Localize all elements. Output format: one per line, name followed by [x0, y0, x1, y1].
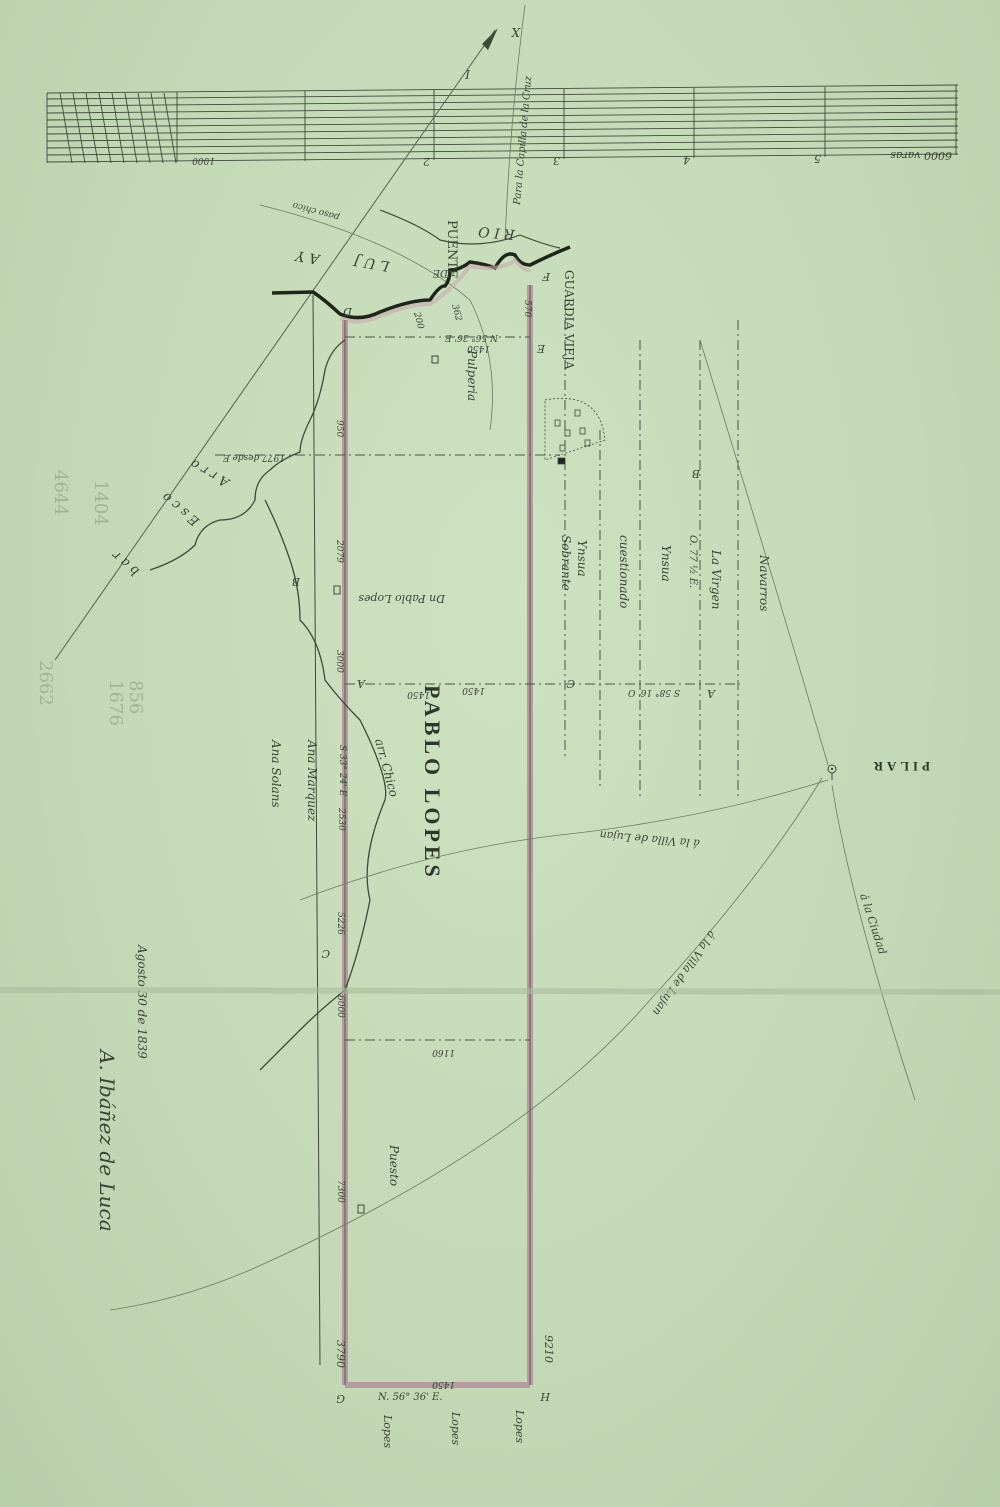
svg-text:La Virgen: La Virgen — [709, 549, 723, 609]
svg-text:1450: 1450 — [467, 343, 490, 353]
svg-text:5226: 5226 — [335, 912, 345, 935]
svg-text:Lopes: Lopes — [449, 1411, 462, 1445]
svg-text:570: 570 — [522, 300, 532, 317]
svg-text:Ynsua: Ynsua — [575, 540, 589, 577]
svg-text:1676: 1676 — [105, 680, 126, 726]
scale-bar: 1000 2 3 4 5 6000 varas — [47, 85, 958, 168]
svg-text:N 56° 36' E: N 56° 36' E — [445, 332, 499, 342]
svg-text:362: 362 — [449, 303, 463, 322]
svg-text:1160: 1160 — [432, 1047, 455, 1057]
svg-text:DE: DE — [432, 267, 449, 278]
svg-text:á la Villa de Lujan: á la Villa de Lujan — [599, 828, 700, 850]
svg-text:N. 56° 36' E.: N. 56° 36' E. — [377, 1392, 443, 1403]
svg-text:950: 950 — [334, 420, 344, 437]
svg-text:1977 desde E: 1977 desde E — [223, 452, 285, 462]
svg-text:paso chico: paso chico — [291, 199, 341, 221]
svg-text:1000: 1000 — [192, 155, 215, 165]
svg-text:X: X — [511, 25, 521, 39]
svg-text:3: 3 — [553, 154, 560, 167]
svg-text:Agosto 30 de 1839: Agosto 30 de 1839 — [135, 944, 149, 1059]
svg-text:Pulperia: Pulperia — [465, 349, 479, 401]
svg-text:O. 77 ½ E.: O. 77 ½ E. — [687, 535, 698, 588]
svg-text:Puesto: Puesto — [387, 1144, 401, 1186]
svg-text:A Y: A Y — [293, 247, 323, 268]
svg-text:C: C — [321, 947, 330, 960]
svg-text:1404: 1404 — [90, 480, 111, 526]
svg-text:R I O: R I O — [477, 223, 516, 242]
svg-text:B: B — [692, 467, 701, 480]
svg-text:S 58° 16' O: S 58° 16' O — [627, 687, 680, 697]
svg-text:cuestionado: cuestionado — [617, 535, 631, 608]
svg-text:b a r: b a r — [109, 547, 143, 579]
svg-text:A: A — [357, 677, 366, 690]
svg-text:I: I — [465, 67, 471, 81]
svg-text:2: 2 — [423, 155, 431, 168]
svg-text:A. Ibáñez de Luca: A. Ibáñez de Luca — [95, 1048, 119, 1232]
svg-text:1450: 1450 — [407, 689, 430, 699]
svg-text:Ana Solans: Ana Solans — [269, 739, 283, 808]
svg-text:H: H — [540, 1390, 551, 1403]
svg-text:Navarros: Navarros — [757, 554, 771, 611]
svg-text:3790: 3790 — [334, 1340, 347, 1368]
svg-text:Lopes: Lopes — [513, 1409, 526, 1443]
svg-text:5: 5 — [814, 152, 821, 165]
svg-text:9210: 9210 — [542, 1335, 555, 1363]
paper-fold — [0, 990, 1000, 992]
svg-text:A: A — [707, 687, 716, 700]
svg-text:200: 200 — [411, 310, 425, 330]
svg-text:7300: 7300 — [335, 1180, 345, 1203]
svg-text:2530: 2530 — [336, 807, 346, 831]
svg-text:Sobrante: Sobrante — [559, 535, 573, 591]
svg-text:3000: 3000 — [334, 650, 344, 673]
svg-text:E: E — [537, 342, 546, 355]
svg-text:B: B — [292, 575, 301, 588]
svg-text:arr. Chico: arr. Chico — [372, 737, 401, 798]
svg-text:4: 4 — [683, 153, 691, 166]
svg-text:E s c o: E s c o — [159, 489, 203, 529]
svg-text:Ana Marquez: Ana Marquez — [305, 739, 319, 822]
svg-text:G: G — [336, 1392, 345, 1405]
svg-text:6000 varas: 6000 varas — [890, 149, 952, 162]
svg-text:GUARDIA VIEJA: GUARDIA VIEJA — [562, 270, 576, 370]
svg-text:L U J: L U J — [351, 252, 391, 274]
svg-text:6000: 6000 — [335, 995, 345, 1018]
guardia-vieja-settlement — [545, 398, 605, 464]
svg-text:Ynsua: Ynsua — [659, 545, 673, 582]
svg-text:á la Villa de Lujan: á la Villa de Lujan — [650, 928, 718, 1018]
svg-text:1450: 1450 — [432, 1379, 455, 1389]
svg-text:D: D — [343, 305, 353, 318]
svg-text:PABLO LOPES: PABLO LOPES — [420, 685, 445, 881]
svg-text:856: 856 — [125, 680, 146, 714]
svg-text:S 33° 24' E: S 33° 24' E — [337, 745, 347, 797]
svg-text:2079: 2079 — [334, 539, 344, 563]
survey-map: 1000 2 3 4 5 6000 varas X I Para la Capi… — [0, 0, 1000, 1507]
svg-text:2662: 2662 — [35, 660, 56, 706]
svg-text:1450: 1450 — [462, 685, 485, 695]
svg-text:4644: 4644 — [50, 470, 71, 516]
svg-text:F: F — [542, 270, 551, 283]
svg-text:Lopes: Lopes — [381, 1414, 394, 1448]
svg-text:Dn Pablo Lopes: Dn Pablo Lopes — [358, 592, 446, 605]
map-canvas: 1000 2 3 4 5 6000 varas X I Para la Capi… — [0, 0, 1000, 1507]
svg-text:PILAR: PILAR — [870, 759, 930, 774]
svg-text:C: C — [566, 677, 575, 690]
svg-text:á la Ciudad: á la Ciudad — [857, 892, 889, 956]
north-arrow-icon — [482, 28, 498, 50]
